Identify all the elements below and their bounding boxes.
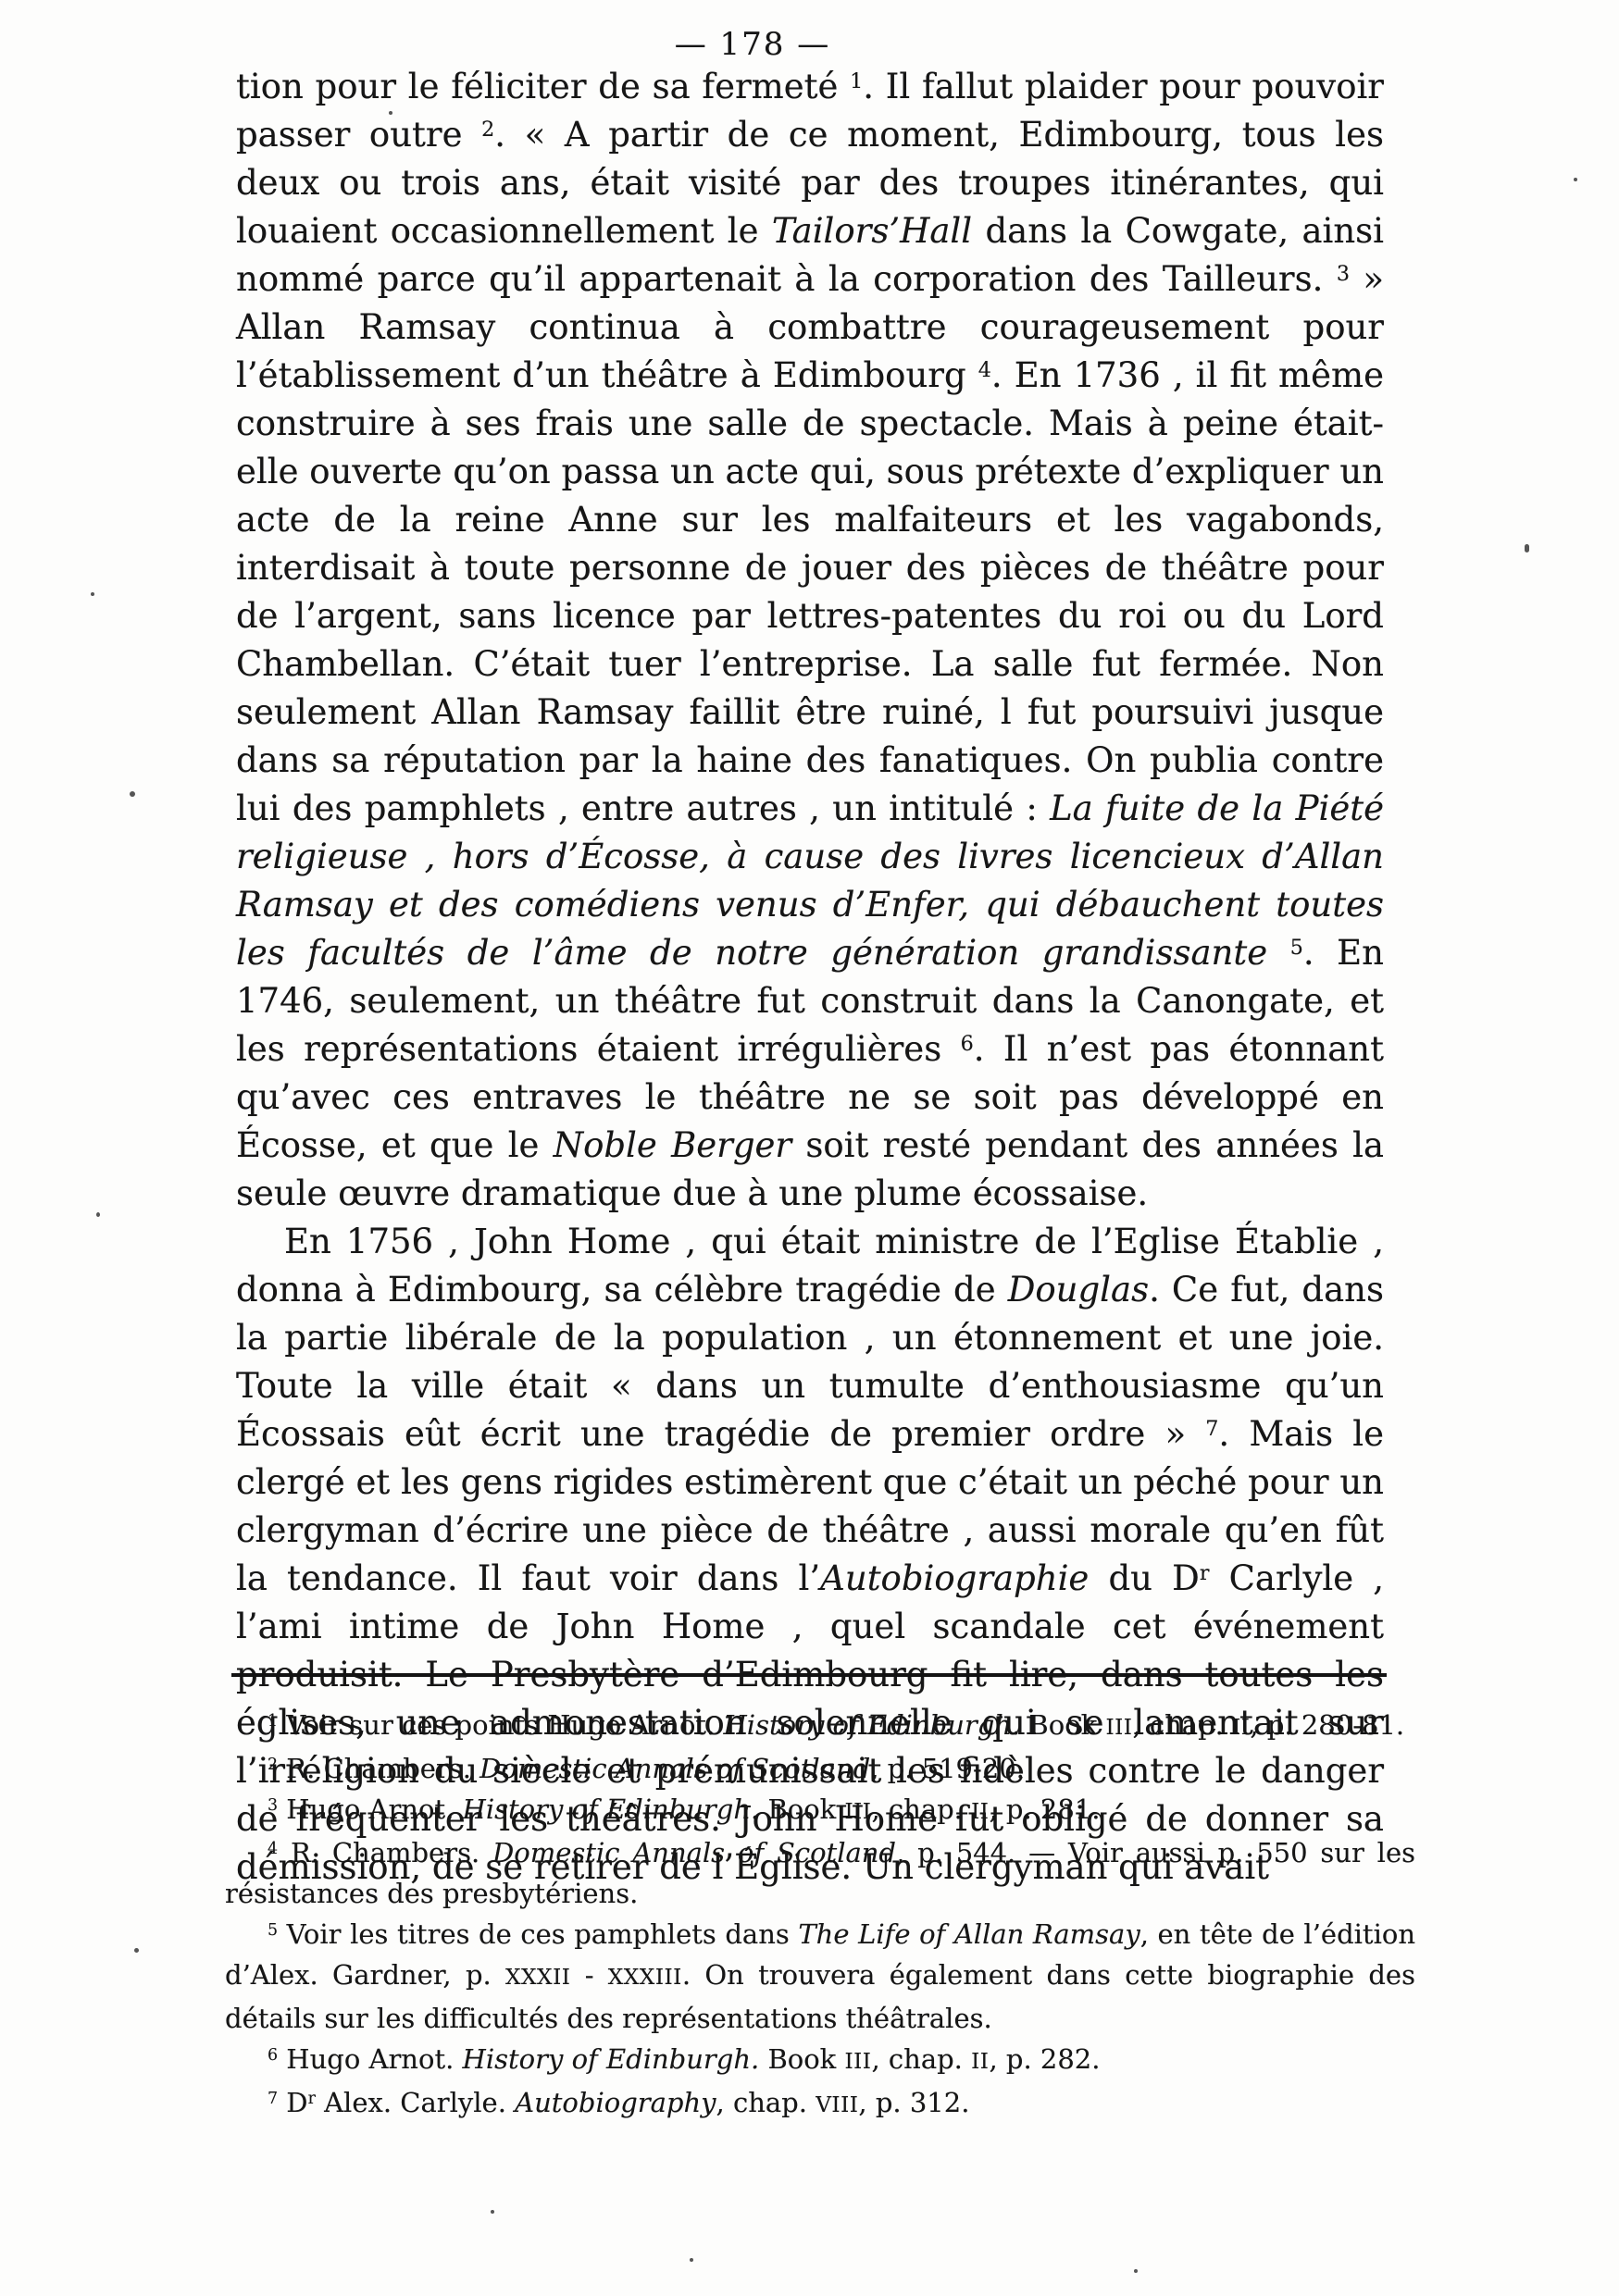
- footnote-marker: 4: [268, 1840, 278, 1858]
- text-run: , p. 312.: [858, 2087, 969, 2118]
- text-run: Hugo Arnot.: [286, 2043, 462, 2075]
- text-run: tion pour le féliciter de sa fermeté: [236, 67, 850, 106]
- text-run: du D: [1089, 1558, 1200, 1598]
- text-run: D: [286, 2087, 307, 2118]
- superscript-ref: 6: [961, 1032, 974, 1056]
- italic-text: Autobiography: [515, 2087, 716, 2118]
- footnote: 1 Voir sur ces points Hugo Arnot. Histor…: [225, 1705, 1415, 1748]
- text-run: III: [1105, 1715, 1132, 1740]
- text-run: Hugo Arnot.: [286, 1793, 462, 1825]
- superscript-ref: 1: [850, 69, 863, 93]
- text-run: VIII: [816, 2092, 858, 2117]
- italic-text: History of Edinburgh.: [724, 1709, 1021, 1741]
- footnote-marker: 5: [268, 1921, 278, 1940]
- scan-speck: [1525, 544, 1529, 552]
- italic-text: Domestic Annals of Scotland: [492, 1837, 896, 1868]
- footnote: 2 R. Chambers. Domestic Annals of Scotla…: [225, 1748, 1415, 1789]
- scan-speck: [690, 2258, 693, 2262]
- text-run: -: [570, 1959, 607, 1991]
- text-run: Book: [759, 2043, 844, 2075]
- text-run: Voir sur ces points Hugo Arnot.: [286, 1709, 723, 1741]
- footnote: 7 Dr Alex. Carlyle. Autobiography, chap.…: [225, 2082, 1415, 2126]
- text-run: Alex. Carlyle.: [316, 2087, 515, 2118]
- text-run: , p. 282.: [989, 2043, 1100, 2075]
- scan-speck: [134, 1948, 139, 1953]
- italic-text: History of Edinburgh.: [463, 1793, 760, 1825]
- page-number: — 178 —: [179, 26, 1326, 63]
- text-run: Voir les titres de ces pamphlets dans: [287, 1918, 799, 1950]
- body-text: tion pour le féliciter de sa fermeté 1. …: [236, 63, 1384, 1892]
- text-run: , chap.: [871, 2043, 971, 2075]
- text-run: , chap.: [1132, 1709, 1232, 1741]
- italic-text: Autobiographie: [820, 1558, 1089, 1598]
- footnote-rule: [231, 1673, 1387, 1677]
- text-run: R. Chambers.: [286, 1753, 479, 1784]
- footnote: 6 Hugo Arnot. History of Edinburgh. Book…: [225, 2039, 1415, 2082]
- text-run: R. Chambers.: [291, 1837, 492, 1868]
- footnote-marker: 6: [268, 2046, 278, 2065]
- footnote-marker: 1: [268, 1712, 278, 1731]
- superscript-ref: 4: [978, 358, 991, 382]
- italic-text: Domestic Annals of Scotland: [479, 1753, 870, 1784]
- text-run: , p. 281.: [989, 1793, 1100, 1825]
- footnotes: 1 Voir sur ces points Hugo Arnot. Histor…: [225, 1705, 1415, 2126]
- superscript-ref: 7: [1205, 1417, 1218, 1441]
- text-run: , chap.: [716, 2087, 816, 2118]
- superscript-ref: 5: [1290, 936, 1303, 960]
- superscript-ref: r: [308, 2090, 316, 2108]
- scan-speck: [1574, 178, 1577, 181]
- text-run: XXXII: [505, 1965, 570, 1990]
- footnote-marker: 3: [268, 1796, 278, 1815]
- text-run: . En 1736 , il fit même construire à ses…: [236, 355, 1384, 828]
- text-run: II: [971, 1799, 989, 1824]
- scan-speck: [130, 791, 135, 797]
- text-run: III: [844, 1799, 871, 1824]
- superscript-ref: 3: [1337, 262, 1350, 286]
- text-run: Book: [1020, 1709, 1105, 1741]
- paragraph: tion pour le féliciter de sa fermeté 1. …: [236, 63, 1384, 1218]
- text-run: , p. 280-81.: [1250, 1709, 1404, 1741]
- text-run: , p. 519-20.: [870, 1753, 1025, 1784]
- italic-text: Noble Berger: [554, 1125, 791, 1165]
- text-run: III: [844, 2049, 871, 2074]
- scan-speck: [91, 592, 94, 596]
- footnote: 3 Hugo Arnot. History of Edinburgh. Book…: [225, 1789, 1415, 1832]
- text-run: II: [971, 2049, 989, 2074]
- italic-text: History of Edinburgh.: [463, 2043, 760, 2075]
- italic-text: Douglas: [1008, 1270, 1149, 1309]
- superscript-ref: r: [1200, 1561, 1210, 1585]
- text-run: Book: [759, 1793, 844, 1825]
- book-page: — 178 — tion pour le féliciter de sa fer…: [0, 0, 1619, 2296]
- footnote: 5 Voir les titres de ces pamphlets dans …: [225, 1914, 1415, 2039]
- footnote-marker: 2: [268, 1756, 278, 1774]
- superscript-ref: 2: [481, 118, 494, 142]
- text-run: , chap.: [871, 1793, 971, 1825]
- scan-speck: [1134, 2269, 1138, 2273]
- text-run: XXXIII: [608, 1965, 682, 1990]
- italic-text: Tailors’Hall: [772, 211, 972, 251]
- footnote-marker: 7: [268, 2090, 278, 2108]
- footnote: 4 R. Chambers. Domestic Annals of Scotla…: [225, 1832, 1415, 1914]
- scan-speck: [96, 1212, 100, 1217]
- scan-speck: [491, 2210, 494, 2214]
- italic-text: The Life of Allan Ramsay: [798, 1918, 1140, 1950]
- scan-speck: [389, 111, 392, 115]
- text-run: II: [1232, 1715, 1250, 1740]
